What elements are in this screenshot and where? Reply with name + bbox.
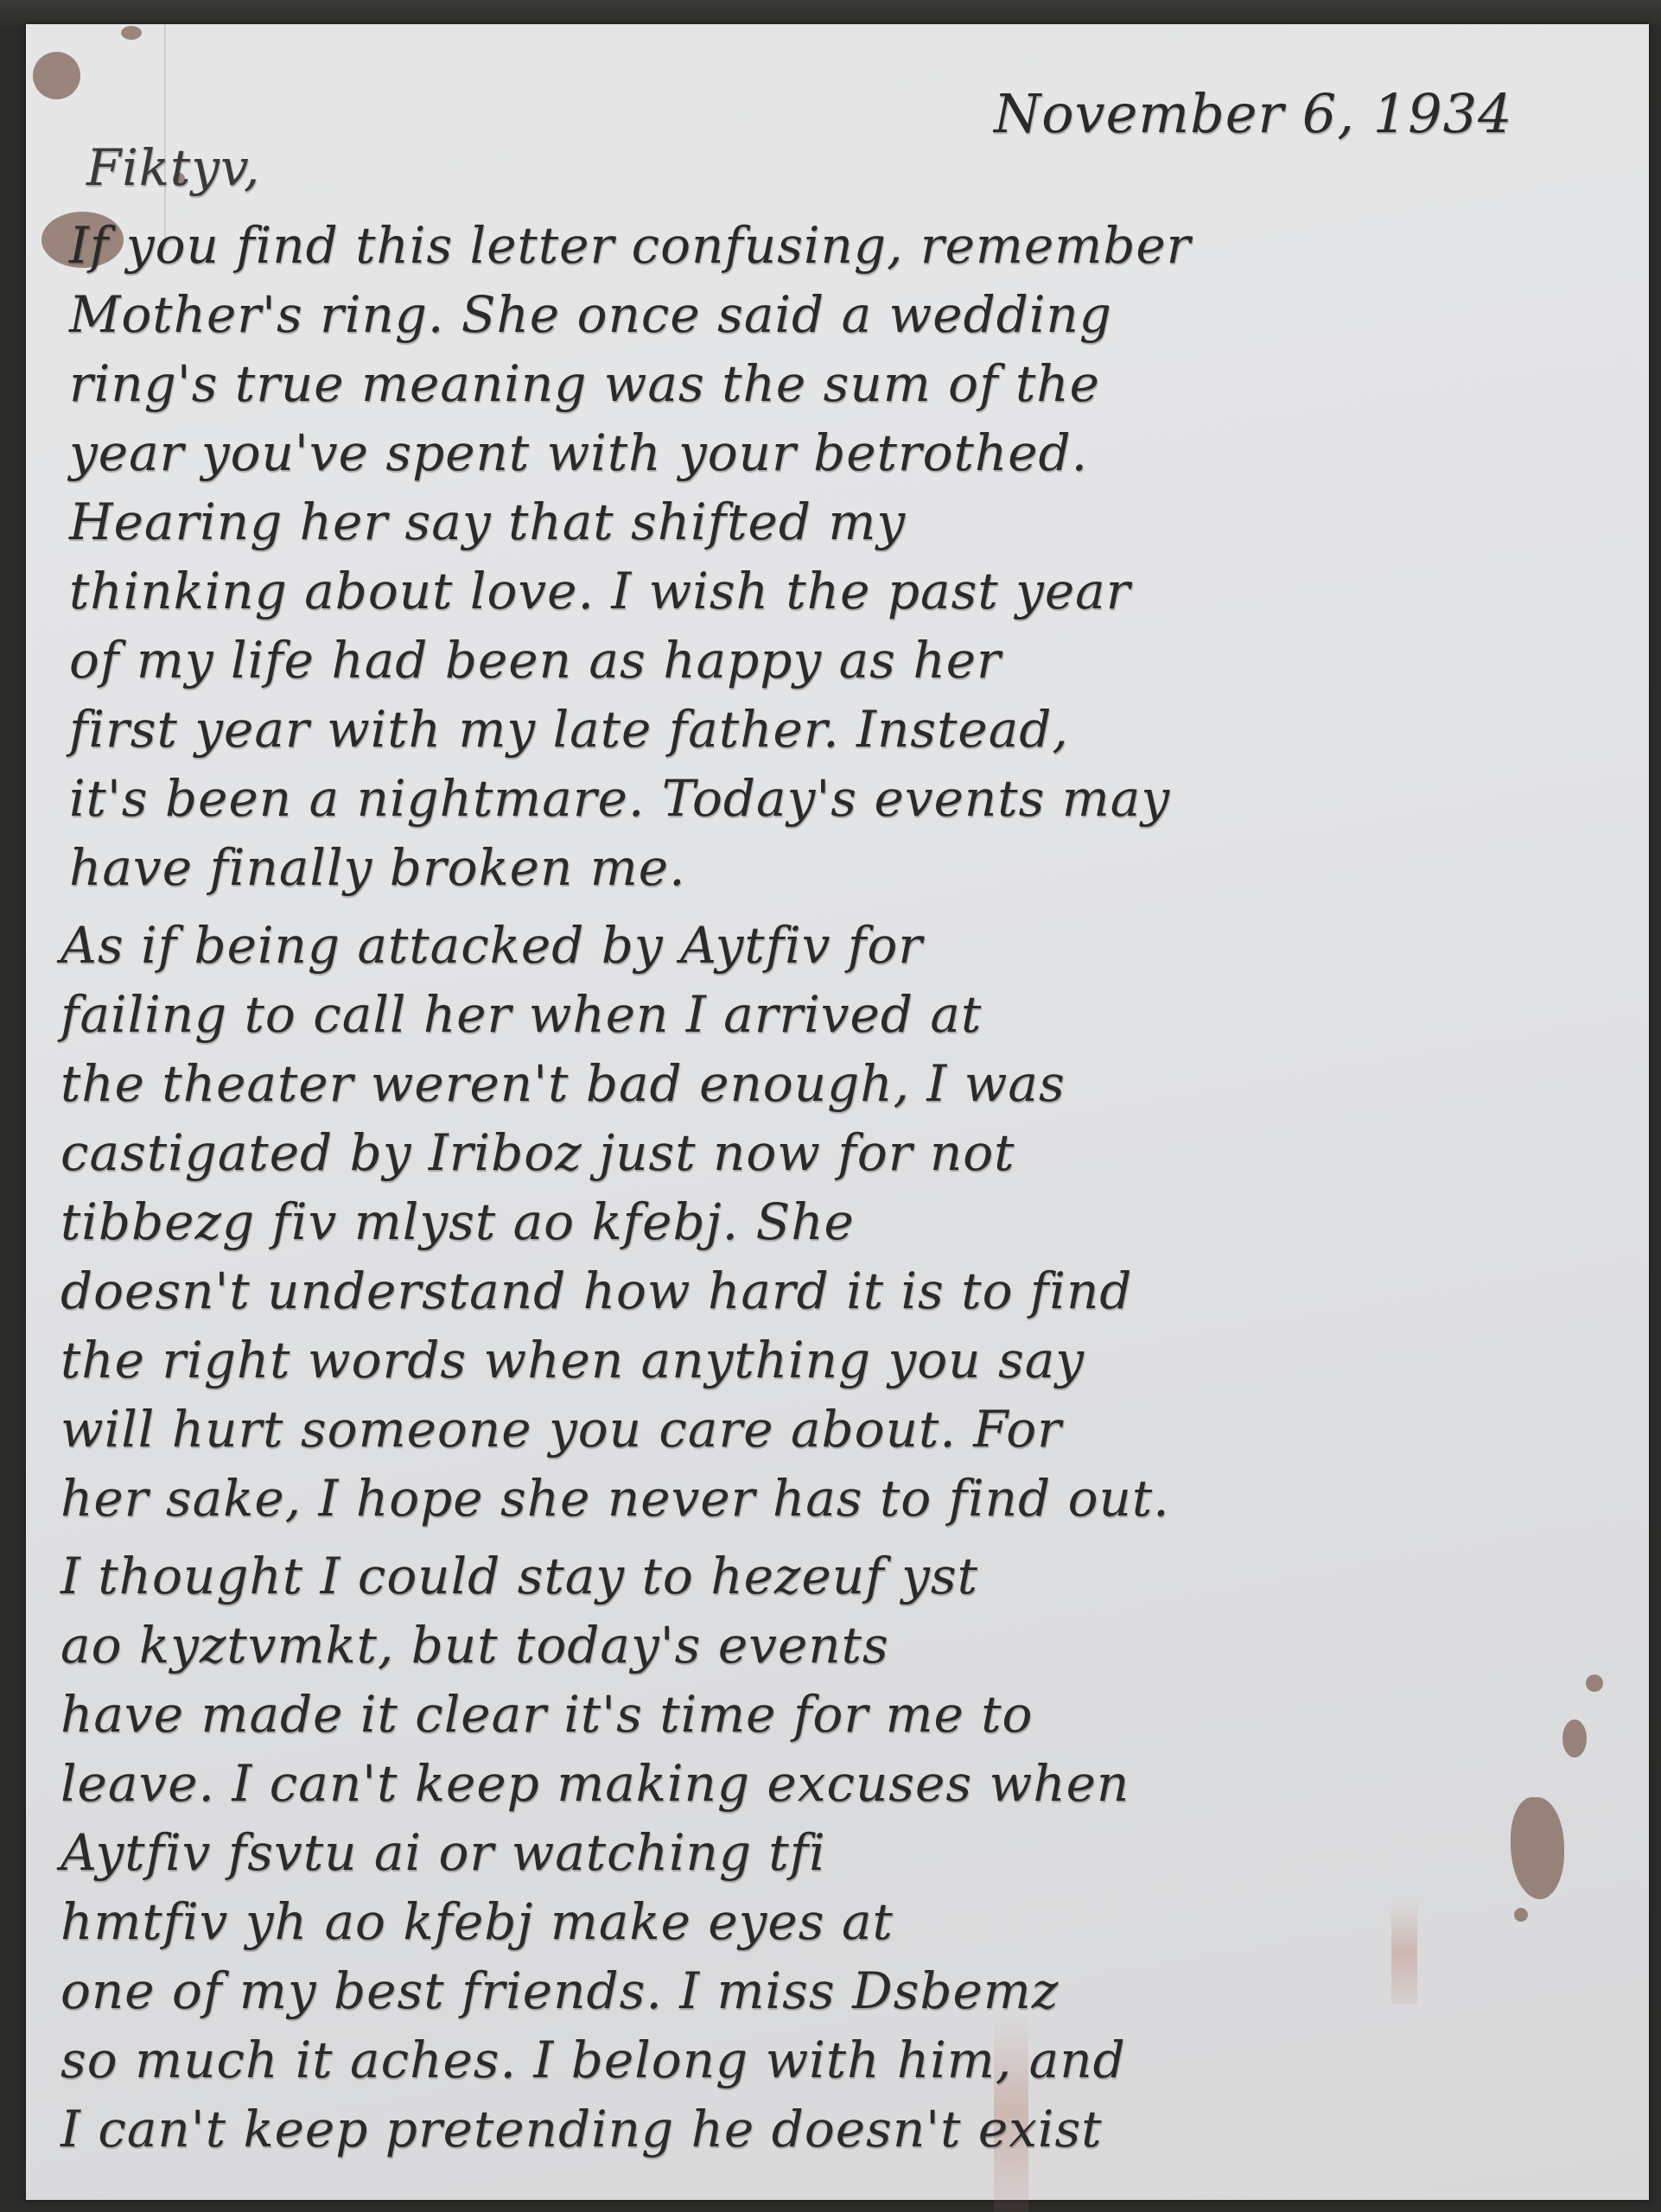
letter-line: so much it aches. I belong with him, and [60, 2031, 1126, 2089]
letter-line: year you've spent with your betrothed. [69, 423, 1088, 482]
letter-line: If you find this letter confusing, remem… [69, 216, 1191, 275]
letter-line: have made it clear it's time for me to [60, 1685, 1033, 1744]
ink-stain [1586, 1675, 1603, 1692]
letter-line: Aytfiv fsvtu ai or watching tfi [60, 1823, 826, 1882]
letter-line: doesn't understand how hard it is to fin… [60, 1262, 1132, 1320]
letter-salutation: Fiktyv, [86, 138, 260, 197]
letter-line: Hearing her say that shifted my [69, 493, 906, 551]
water-stain-streak [1391, 1901, 1417, 2005]
letter-line: hmtfiv yh ao kfebj make eyes at [60, 1892, 894, 1951]
background-surface [0, 0, 1661, 26]
letter-line: castigated by Iriboz just now for not [60, 1123, 1015, 1182]
letter-line: ring's true meaning was the sum of the [69, 354, 1100, 413]
letter-date: November 6, 1934 [994, 82, 1512, 145]
letter-line: failing to call her when I arrived at [60, 985, 982, 1044]
letter-line: Mother's ring. She once said a wedding [69, 285, 1112, 344]
letter-line: As if being attacked by Aytfiv for [60, 916, 923, 975]
letter-line: of my life had been as happy as her [69, 631, 1002, 690]
ink-stain [1514, 1908, 1528, 1922]
letter-line: the right words when anything you say [60, 1331, 1085, 1389]
letter-line: first year with my late father. Instead, [69, 700, 1069, 759]
letter-line: ao kyztvmkt, but today's events [60, 1616, 889, 1675]
letter-line: will hurt someone you care about. For [60, 1400, 1062, 1459]
letter-line: have finally broken me. [69, 838, 686, 897]
letter-line: I thought I could stay to hezeuf yst [60, 1547, 978, 1605]
letter-line: it's been a nightmare. Today's events ma… [69, 769, 1170, 828]
letter-line: leave. I can't keep making excuses when [60, 1754, 1130, 1813]
letter-line: tibbezg fiv mlyst ao kfebj. She [60, 1192, 855, 1251]
letter-line: one of my best friends. I miss Dsbemz [60, 1961, 1059, 2020]
letter-line: her sake, I hope she never has to find o… [60, 1469, 1170, 1528]
paper-fold-crease [164, 24, 166, 249]
letter-line: I can't keep pretending he doesn't exist [60, 2100, 1103, 2158]
letter-line: the theater weren't bad enough, I was [60, 1054, 1066, 1113]
ink-stain [1562, 1719, 1587, 1758]
ink-stain [121, 26, 142, 40]
letter-line: thinking about love. I wish the past yea… [69, 562, 1130, 620]
ink-stain [33, 52, 80, 99]
